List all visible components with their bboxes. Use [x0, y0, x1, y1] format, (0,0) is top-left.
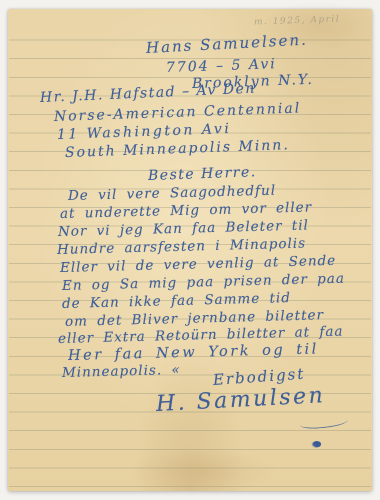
signature-flourish [300, 415, 349, 429]
salutation: Beste Herre. [148, 164, 257, 184]
signature: H. Samulsen [155, 383, 325, 417]
body-line: Minneapolis. « [62, 362, 181, 381]
paper-stain [128, 449, 278, 494]
sender-name: Hans Samuelsen. [146, 31, 309, 57]
letter-paper: m. 1925, April Hans Samuelsen. 7704 – 5 … [8, 9, 372, 491]
recipient-line-2: Norse-American Centennial [54, 100, 302, 125]
pencil-date-annotation: m. 1925, April [254, 14, 340, 27]
ink-blot [312, 440, 322, 448]
